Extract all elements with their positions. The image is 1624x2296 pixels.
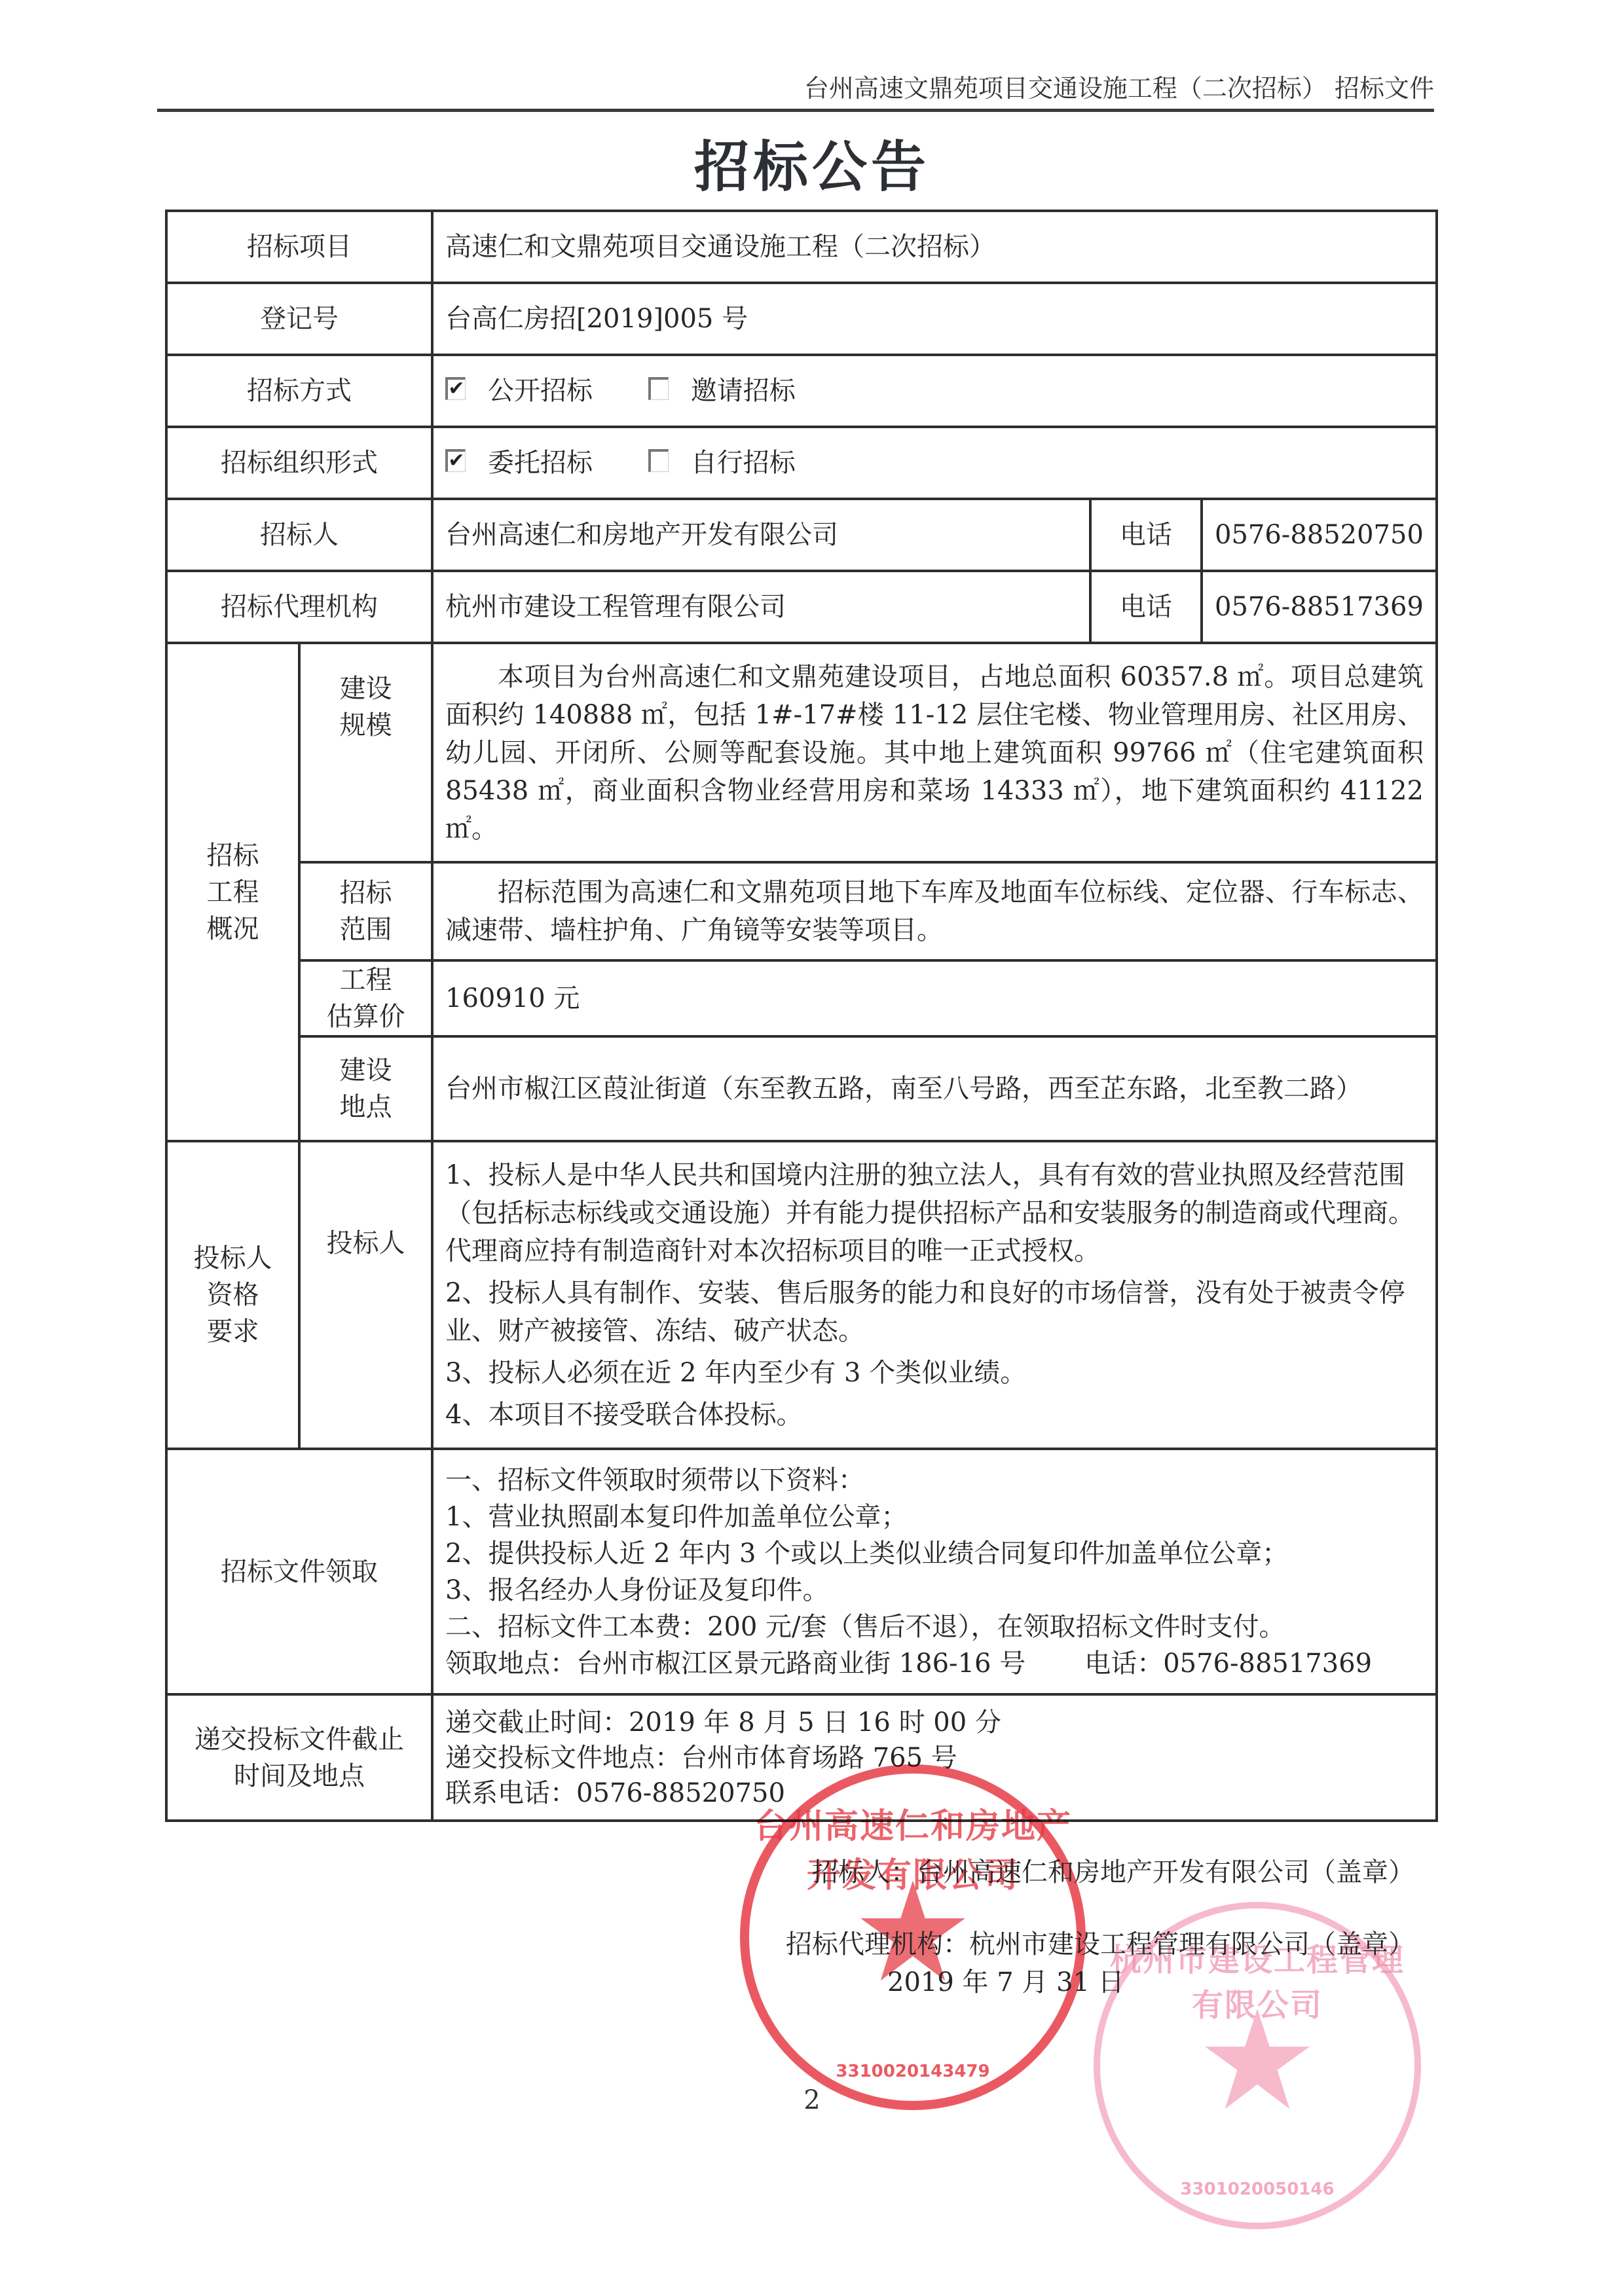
label-line: 概况 bbox=[179, 911, 286, 947]
label-line: 工程 bbox=[179, 874, 286, 911]
signature-block-agency: 招标代理机构：杭州市建设工程管理有限公司（盖章） bbox=[688, 1925, 1414, 1964]
agency-phone: 0576-88517369 bbox=[1202, 571, 1437, 643]
scale-text: 本项目为台州高速仁和文鼎苑建设项目，占地总面积 60357.8 ㎡。项目总建筑面… bbox=[445, 658, 1424, 848]
collection-phone: 电话：0576-88517369 bbox=[1084, 1649, 1372, 1679]
collection-label: 招标文件领取 bbox=[166, 1449, 432, 1694]
collection-address-row: 领取地点：台州市椒江区景元路商业街 186-16 号电话：0576-885173… bbox=[445, 1645, 1424, 1682]
label-line: 建设 bbox=[312, 670, 419, 707]
collection-line: 一、招标文件领取时须带以下资料： bbox=[445, 1462, 1424, 1499]
checkbox-checked-icon: ✔ bbox=[445, 449, 466, 472]
option-label: 委托招标 bbox=[488, 448, 593, 478]
option-label: 公开招标 bbox=[488, 376, 593, 406]
option-label: 自行招标 bbox=[691, 448, 796, 478]
collection-address: 领取地点：台州市椒江区景元路商业街 186-16 号 bbox=[445, 1649, 1025, 1679]
row-overview-scale: 招标 工程 概况 建设 规模 本项目为台州高速仁和文鼎苑建设项目，占地总面积 6… bbox=[166, 643, 1437, 862]
qualification-label: 投标人 资格 要求 bbox=[166, 1141, 299, 1449]
collection-line: 1、营业执照副本复印件加盖单位公章； bbox=[445, 1499, 1424, 1535]
project-label: 招标项目 bbox=[166, 211, 432, 283]
row-overview-estimate: 工程 估算价 160910 元 bbox=[166, 960, 1437, 1036]
label-line: 时间及地点 bbox=[179, 1758, 419, 1795]
estimate-label: 工程 估算价 bbox=[299, 960, 432, 1036]
label-line: 资格 bbox=[179, 1277, 286, 1313]
collection-line: 2、提供投标人近 2 年内 3 个或以上类似业绩合同复印件加盖单位公章； bbox=[445, 1535, 1424, 1572]
method-option-open: ✔公开招标 bbox=[445, 372, 593, 410]
label-line: 递交投标文件截止 bbox=[179, 1721, 419, 1758]
label-line: 估算价 bbox=[312, 998, 419, 1035]
collection-details: 一、招标文件领取时须带以下资料： 1、营业执照副本复印件加盖单位公章； 2、提供… bbox=[432, 1449, 1437, 1694]
method-options: ✔公开招标 邀请招标 bbox=[432, 355, 1437, 427]
organization-option-entrusted: ✔委托招标 bbox=[445, 444, 593, 482]
label-line: 工程 bbox=[312, 962, 419, 998]
collection-line: 二、招标文件工本费：200 元/套（售后不退），在领取招标文件时支付。 bbox=[445, 1609, 1424, 1645]
checkbox-unchecked-icon bbox=[648, 377, 669, 400]
tenderer-phone: 0576-88520750 bbox=[1202, 499, 1437, 571]
tenderer-signature: 招标人：台州高速仁和房地产开发有限公司（盖章） bbox=[688, 1853, 1414, 1892]
signature-date: 2019 年 7 月 31 日 bbox=[887, 1963, 1124, 2002]
estimate-value: 160910 元 bbox=[432, 960, 1437, 1036]
row-project: 招标项目 高速仁和文鼎苑项目交通设施工程（二次招标） bbox=[166, 211, 1437, 283]
submission-label: 递交投标文件截止 时间及地点 bbox=[166, 1694, 432, 1821]
row-tenderer: 招标人 台州高速仁和房地产开发有限公司 电话 0576-88520750 bbox=[166, 499, 1437, 571]
label-line: 招标 bbox=[312, 875, 419, 911]
option-label: 邀请招标 bbox=[691, 376, 796, 406]
submission-details: 递交截止时间：2019 年 8 月 5 日 16 时 00 分 递交投标文件地点… bbox=[432, 1694, 1437, 1821]
row-agency: 招标代理机构 杭州市建设工程管理有限公司 电话 0576-88517369 bbox=[166, 571, 1437, 643]
organization-label: 招标组织形式 bbox=[166, 427, 432, 499]
checkbox-unchecked-icon bbox=[648, 449, 669, 472]
location-value: 台州市椒江区葭沚街道（东至教五路，南至八号路，西至芷东路，北至教二路） bbox=[432, 1036, 1437, 1141]
project-value: 高速仁和文鼎苑项目交通设施工程（二次招标） bbox=[432, 211, 1437, 283]
qualification-item: 1、投标人是中华人民共和国境内注册的独立法人，具有有效的营业执照及经营范围（包括… bbox=[445, 1156, 1424, 1270]
label-line: 投标人 bbox=[179, 1240, 286, 1277]
running-header: 台州高速文鼎苑项目交通设施工程（二次招标） 招标文件 bbox=[157, 65, 1434, 111]
agency-label: 招标代理机构 bbox=[166, 571, 432, 643]
submission-phone: 联系电话：0576-88520750 bbox=[445, 1776, 1424, 1811]
page-number: 2 bbox=[0, 2085, 1624, 2115]
scope-label: 招标 范围 bbox=[299, 862, 432, 960]
qualification-sub-label: 投标人 bbox=[299, 1141, 432, 1449]
organization-option-self: 自行招标 bbox=[648, 444, 796, 482]
overview-label: 招标 工程 概况 bbox=[166, 643, 299, 1141]
location-label: 建设 地点 bbox=[299, 1036, 432, 1141]
scope-value: 招标范围为高速仁和文鼎苑项目地下车库及地面车位标线、定位器、行车标志、减速带、墙… bbox=[432, 862, 1437, 960]
header-divider bbox=[157, 109, 1434, 112]
label-line: 规模 bbox=[312, 707, 419, 744]
label-line: 地点 bbox=[312, 1089, 419, 1125]
method-label: 招标方式 bbox=[166, 355, 432, 427]
row-organization: 招标组织形式 ✔委托招标 自行招标 bbox=[166, 427, 1437, 499]
qualification-list: 1、投标人是中华人民共和国境内注册的独立法人，具有有效的营业执照及经营范围（包括… bbox=[432, 1141, 1437, 1449]
agency-signature: 招标代理机构：杭州市建设工程管理有限公司（盖章） bbox=[688, 1925, 1414, 1964]
row-overview-location: 建设 地点 台州市椒江区葭沚街道（东至教五路，南至八号路，西至芷东路，北至教二路… bbox=[166, 1036, 1437, 1141]
row-overview-scope: 招标 范围 招标范围为高速仁和文鼎苑项目地下车库及地面车位标线、定位器、行车标志… bbox=[166, 862, 1437, 960]
qualification-item: 3、投标人必须在近 2 年内至少有 3 个类似业绩。 bbox=[445, 1354, 1424, 1392]
seal-code: 3310020143479 bbox=[749, 2062, 1077, 2081]
tenderer-value: 台州高速仁和房地产开发有限公司 bbox=[432, 499, 1090, 571]
method-option-invite: 邀请招标 bbox=[648, 372, 796, 410]
scale-label: 建设 规模 bbox=[299, 643, 432, 862]
label-line: 范围 bbox=[312, 911, 419, 948]
organization-options: ✔委托招标 自行招标 bbox=[432, 427, 1437, 499]
tenderer-label: 招标人 bbox=[166, 499, 432, 571]
signature-block: 招标人：台州高速仁和房地产开发有限公司（盖章） bbox=[688, 1853, 1414, 1892]
label-line: 建设 bbox=[312, 1052, 419, 1089]
submission-deadline: 递交截止时间：2019 年 8 月 5 日 16 时 00 分 bbox=[445, 1705, 1424, 1740]
submission-location: 递交投标文件地点：台州市体育场路 765 号 bbox=[445, 1740, 1424, 1776]
row-qualification: 投标人 资格 要求 投标人 1、投标人是中华人民共和国境内注册的独立法人，具有有… bbox=[166, 1141, 1437, 1449]
registration-label: 登记号 bbox=[166, 283, 432, 355]
tenderer-phone-label: 电话 bbox=[1090, 499, 1202, 571]
row-registration: 登记号 台高仁房招[2019]005 号 bbox=[166, 283, 1437, 355]
registration-value: 台高仁房招[2019]005 号 bbox=[432, 283, 1437, 355]
row-submission: 递交投标文件截止 时间及地点 递交截止时间：2019 年 8 月 5 日 16 … bbox=[166, 1694, 1437, 1821]
seal-code: 3301020050146 bbox=[1100, 2179, 1414, 2199]
qualification-item: 2、投标人具有制作、安装、售后服务的能力和良好的市场信誉，没有处于被责令停业、财… bbox=[445, 1274, 1424, 1350]
scale-value: 本项目为台州高速仁和文鼎苑建设项目，占地总面积 60357.8 ㎡。项目总建筑面… bbox=[432, 643, 1437, 862]
agency-value: 杭州市建设工程管理有限公司 bbox=[432, 571, 1090, 643]
qualification-item: 4、本项目不接受联合体投标。 bbox=[445, 1396, 1424, 1434]
label-line: 招标 bbox=[179, 837, 286, 874]
page-title: 招标公告 bbox=[0, 131, 1624, 203]
collection-line: 3、报名经办人身份证及复印件。 bbox=[445, 1572, 1424, 1609]
agency-phone-label: 电话 bbox=[1090, 571, 1202, 643]
scope-text: 招标范围为高速仁和文鼎苑项目地下车库及地面车位标线、定位器、行车标志、减速带、墙… bbox=[445, 873, 1424, 949]
tender-notice-table: 招标项目 高速仁和文鼎苑项目交通设施工程（二次招标） 登记号 台高仁房招[201… bbox=[165, 210, 1438, 1822]
row-method: 招标方式 ✔公开招标 邀请招标 bbox=[166, 355, 1437, 427]
label-line: 要求 bbox=[179, 1313, 286, 1350]
row-collection: 招标文件领取 一、招标文件领取时须带以下资料： 1、营业执照副本复印件加盖单位公… bbox=[166, 1449, 1437, 1694]
checkbox-checked-icon: ✔ bbox=[445, 377, 466, 400]
